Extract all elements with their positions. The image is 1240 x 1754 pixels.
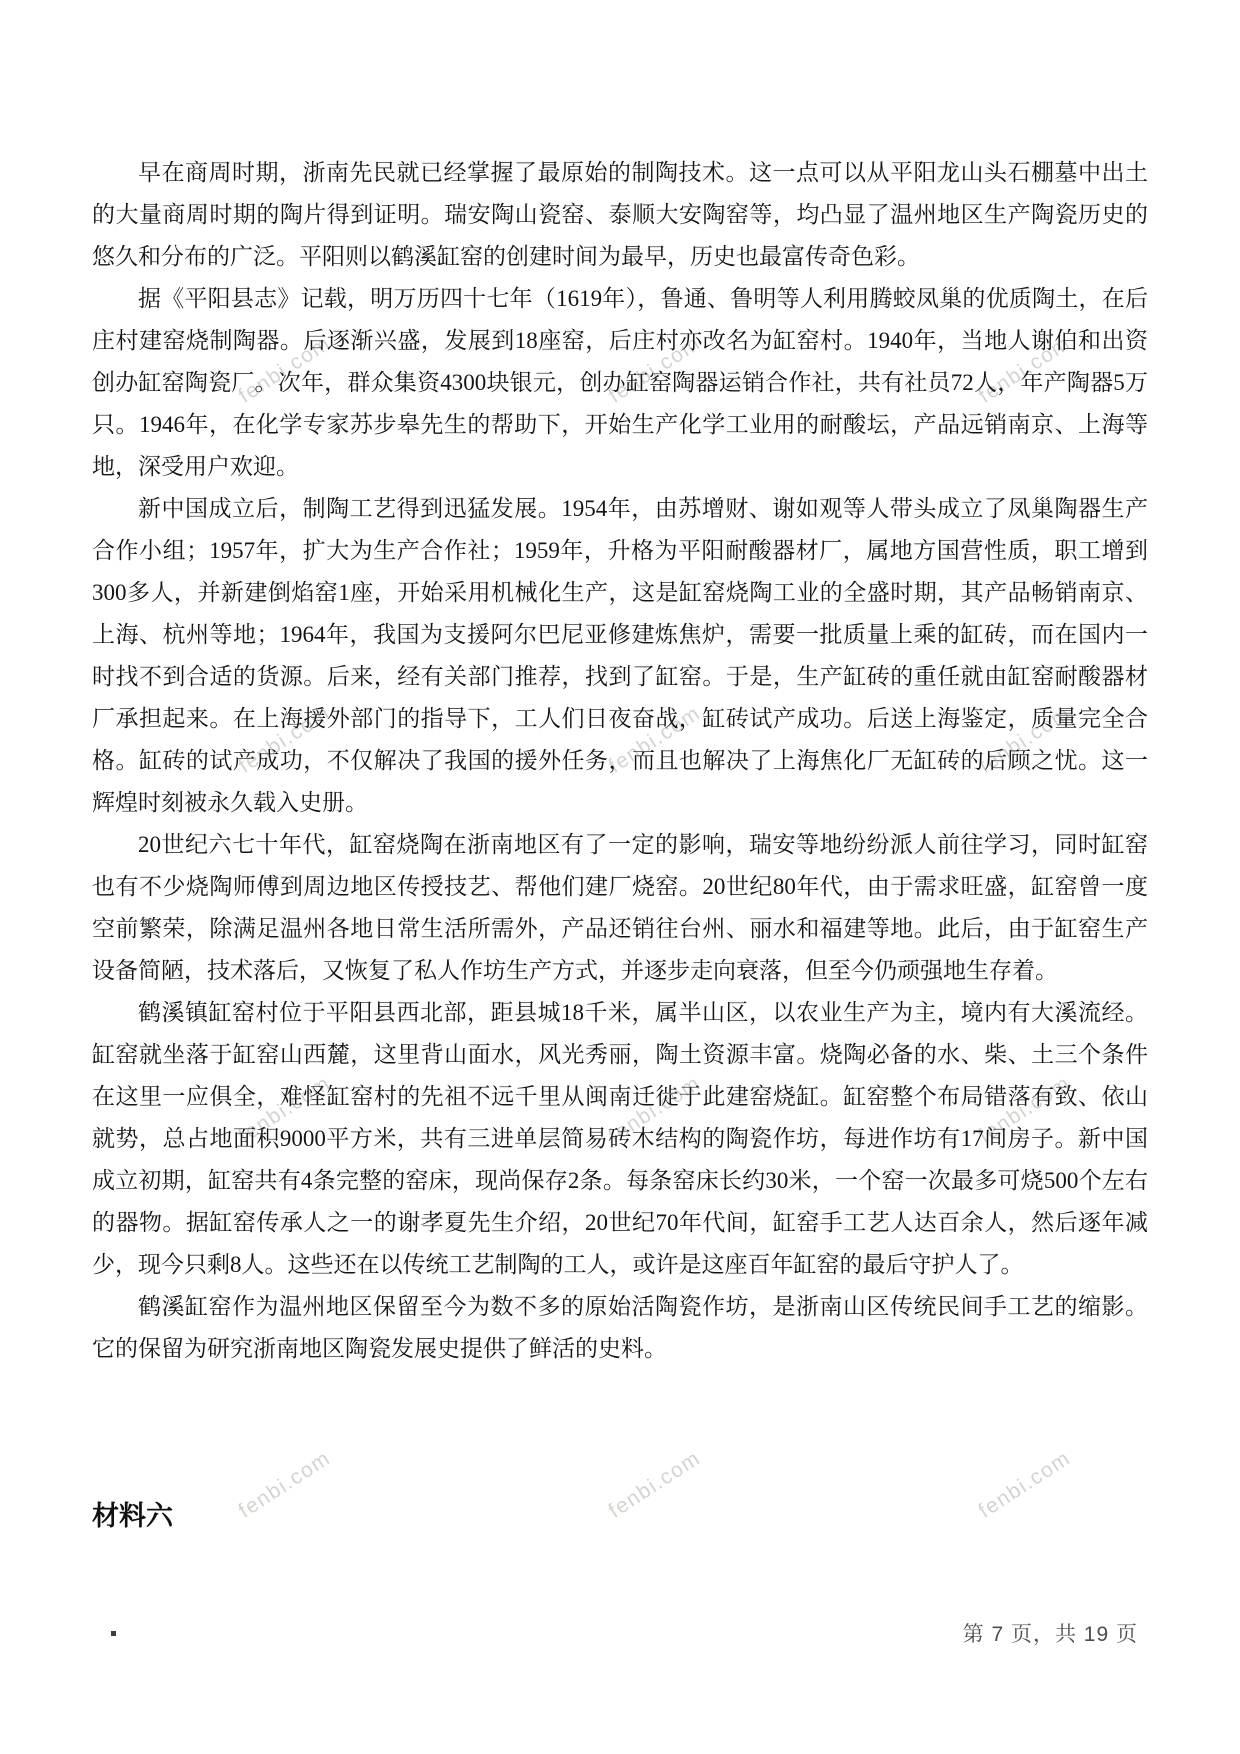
paragraph-3: 新中国成立后，制陶工艺得到迅猛发展。1954年，由苏增财、谢如观等人带头成立了凤…	[92, 488, 1148, 824]
watermark-text: fenbi.com	[605, 1446, 706, 1523]
paragraph-4: 20世纪六七十年代，缸窑烧陶在浙南地区有了一定的影响，瑞安等地纷纷派人前往学习，…	[92, 824, 1148, 992]
paragraph-2: 据《平阳县志》记载，明万历四十七年（1619年），鲁通、鲁明等人利用腾蛟凤巢的优…	[92, 278, 1148, 488]
document-body: 早在商周时期，浙南先民就已经掌握了最原始的制陶技术。这一点可以从平阳龙山头石棚墓…	[92, 152, 1148, 1370]
page-number: 第 7 页，共 19 页	[963, 1618, 1138, 1648]
paragraph-1: 早在商周时期，浙南先民就已经掌握了最原始的制陶技术。这一点可以从平阳龙山头石棚墓…	[92, 152, 1148, 278]
paragraph-6: 鹤溪缸窑作为温州地区保留至今为数不多的原始活陶瓷作坊，是浙南山区传统民间手工艺的…	[92, 1286, 1148, 1370]
paragraph-5: 鹤溪镇缸窑村位于平阳县西北部，距县城18千米，属半山区，以农业生产为主，境内有大…	[92, 992, 1148, 1286]
watermark-text: fenbi.com	[235, 1446, 336, 1523]
section-heading: 材料六	[92, 1494, 173, 1533]
watermark-text: fenbi.com	[975, 1446, 1076, 1523]
stray-dot	[111, 1631, 116, 1636]
document-page: fenbi.com fenbi.com fenbi.com fenbi.com …	[0, 0, 1240, 1754]
